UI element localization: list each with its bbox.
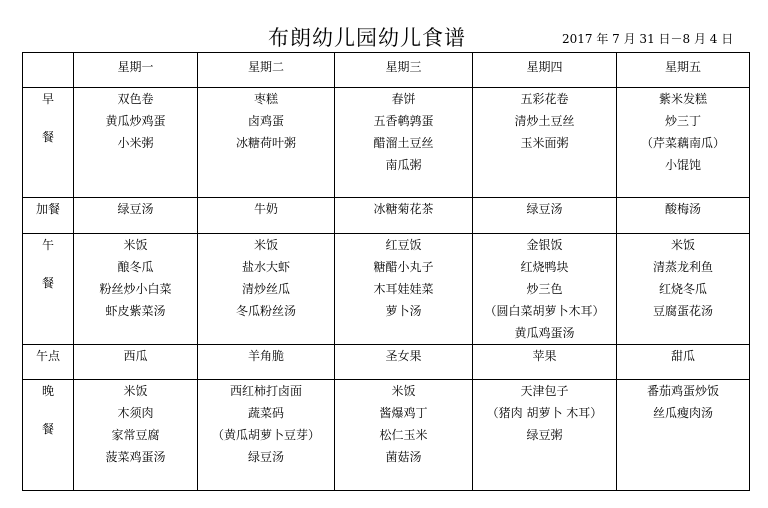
- dish: 豆腐蛋花汤: [617, 300, 749, 322]
- meal-label-breakfast: 早 餐: [23, 88, 74, 198]
- dish: 炒三丁: [617, 110, 749, 132]
- dish: 木须肉: [74, 402, 197, 424]
- dish: 紫米发糕: [617, 88, 749, 110]
- meal-label-lunch: 午 餐: [23, 234, 74, 345]
- dish: 金银饭: [473, 234, 616, 256]
- dish: 绿豆汤: [198, 446, 334, 468]
- day-header: 星期一: [74, 53, 198, 88]
- menu-cell: 绿豆汤: [473, 198, 617, 234]
- menu-cell: 西红柿打卤面 蔬菜码 （黄瓜胡萝卜豆芽） 绿豆汤: [198, 380, 335, 491]
- menu-cell: 西瓜: [74, 345, 198, 380]
- dish: 松仁玉米: [335, 424, 472, 446]
- dish: 番茄鸡蛋炒饭: [617, 380, 749, 402]
- dish: 双色卷: [74, 88, 197, 110]
- date-range: 2017 年 7 月 31 日－8 月 4 日: [562, 30, 733, 47]
- dish: 丝瓜瘦肉汤: [617, 402, 749, 424]
- dish: 黄瓜炒鸡蛋: [74, 110, 197, 132]
- dish: 米饭: [335, 380, 472, 402]
- meal-label-char: 早: [42, 88, 54, 110]
- dish: 黄瓜鸡蛋汤: [473, 322, 616, 344]
- menu-cell: 圣女果: [335, 345, 473, 380]
- lunch-row: 午 餐 米饭 酿冬瓜 粉丝炒小白菜 虾皮紫菜汤 米饭 盐水大虾 清炒丝瓜 冬瓜粉…: [23, 234, 750, 345]
- menu-cell: 紫米发糕 炒三丁 （芹菜藕南瓜） 小馄饨: [617, 88, 750, 198]
- dish: 家常豆腐: [74, 424, 197, 446]
- dish: 冰糖荷叶粥: [198, 132, 334, 154]
- dish: 西红柿打卤面: [198, 380, 334, 402]
- dish: 醋溜土豆丝: [335, 132, 472, 154]
- dish: 小米粥: [74, 132, 197, 154]
- menu-cell: 绿豆汤: [74, 198, 198, 234]
- meal-label-char: 餐: [42, 272, 54, 294]
- dish: 天津包子: [473, 380, 616, 402]
- day-header: 星期三: [335, 53, 473, 88]
- dish: （黄瓜胡萝卜豆芽）: [198, 424, 334, 446]
- dish: 春饼: [335, 88, 472, 110]
- menu-table: 星期一 星期二 星期三 星期四 星期五 早 餐 双色卷 黄瓜炒鸡蛋 小米粥 枣糕…: [22, 52, 750, 491]
- menu-cell: 春饼 五香鹌鹑蛋 醋溜土豆丝 南瓜粥: [335, 88, 473, 198]
- day-header: 星期五: [617, 53, 750, 88]
- day-header: 星期四: [473, 53, 617, 88]
- dish: 南瓜粥: [335, 154, 472, 176]
- dish: 卤鸡蛋: [198, 110, 334, 132]
- dish: （芹菜藕南瓜）: [617, 132, 749, 154]
- dish: 红烧冬瓜: [617, 278, 749, 300]
- dish: 清蒸龙利鱼: [617, 256, 749, 278]
- dish: 木耳娃娃菜: [335, 278, 472, 300]
- menu-cell: 苹果: [473, 345, 617, 380]
- menu-cell: 甜瓜: [617, 345, 750, 380]
- header-row: 星期一 星期二 星期三 星期四 星期五: [23, 53, 750, 88]
- dish: 糖醋小丸子: [335, 256, 472, 278]
- dish: 酿冬瓜: [74, 256, 197, 278]
- meal-label-char: 餐: [42, 418, 54, 440]
- dish: 盐水大虾: [198, 256, 334, 278]
- dish: 清炒土豆丝: [473, 110, 616, 132]
- meal-label-dinner: 晚 餐: [23, 380, 74, 491]
- menu-cell: 红豆饭 糖醋小丸子 木耳娃娃菜 萝卜汤: [335, 234, 473, 345]
- dish: 米饭: [74, 380, 197, 402]
- dish: 酱爆鸡丁: [335, 402, 472, 424]
- meal-label-char: 午: [42, 234, 54, 256]
- snack-pm-row: 午点 西瓜 羊角脆 圣女果 苹果 甜瓜: [23, 345, 750, 380]
- menu-cell: 五彩花卷 清炒土豆丝 玉米面粥: [473, 88, 617, 198]
- menu-cell: 酸梅汤: [617, 198, 750, 234]
- dish: 米饭: [198, 234, 334, 256]
- dish: 米饭: [74, 234, 197, 256]
- menu-cell: 天津包子 （猪肉 胡萝卜 木耳） 绿豆粥: [473, 380, 617, 491]
- dish: 玉米面粥: [473, 132, 616, 154]
- corner-cell: [23, 53, 74, 88]
- dish: 菠菜鸡蛋汤: [74, 446, 197, 468]
- menu-cell: 金银饭 红烧鸭块 炒三色 （圆白菜胡萝卜木耳） 黄瓜鸡蛋汤: [473, 234, 617, 345]
- menu-cell: 羊角脆: [198, 345, 335, 380]
- dish: 五香鹌鹑蛋: [335, 110, 472, 132]
- dish: 萝卜汤: [335, 300, 472, 322]
- menu-cell: 米饭 清蒸龙利鱼 红烧冬瓜 豆腐蛋花汤: [617, 234, 750, 345]
- dish: 五彩花卷: [473, 88, 616, 110]
- dish: 虾皮紫菜汤: [74, 300, 197, 322]
- menu-cell: 枣糕 卤鸡蛋 冰糖荷叶粥: [198, 88, 335, 198]
- dish: 蔬菜码: [198, 402, 334, 424]
- meal-label-snack-am: 加餐: [23, 198, 74, 234]
- dish: 炒三色: [473, 278, 616, 300]
- dish: 绿豆粥: [473, 424, 616, 446]
- dish: 小馄饨: [617, 154, 749, 176]
- dish: 枣糕: [198, 88, 334, 110]
- page-title: 布朗幼儿园幼儿食谱: [268, 22, 466, 52]
- meal-label-char: 餐: [42, 126, 54, 148]
- dish: （圆白菜胡萝卜木耳）: [473, 300, 616, 322]
- breakfast-row: 早 餐 双色卷 黄瓜炒鸡蛋 小米粥 枣糕 卤鸡蛋 冰糖荷叶粥 春饼 五香鹌鹑蛋 …: [23, 88, 750, 198]
- menu-cell: 米饭 木须肉 家常豆腐 菠菜鸡蛋汤: [74, 380, 198, 491]
- dish: 冬瓜粉丝汤: [198, 300, 334, 322]
- dish: 米饭: [617, 234, 749, 256]
- menu-cell: 米饭 酱爆鸡丁 松仁玉米 菌菇汤: [335, 380, 473, 491]
- meal-label-snack-pm: 午点: [23, 345, 74, 380]
- menu-cell: 番茄鸡蛋炒饭 丝瓜瘦肉汤: [617, 380, 750, 491]
- dish: 红豆饭: [335, 234, 472, 256]
- menu-cell: 牛奶: [198, 198, 335, 234]
- dish: 清炒丝瓜: [198, 278, 334, 300]
- snack-am-row: 加餐 绿豆汤 牛奶 冰糖菊花茶 绿豆汤 酸梅汤: [23, 198, 750, 234]
- dish: 红烧鸭块: [473, 256, 616, 278]
- menu-cell: 双色卷 黄瓜炒鸡蛋 小米粥: [74, 88, 198, 198]
- menu-cell: 冰糖菊花茶: [335, 198, 473, 234]
- menu-cell: 米饭 酿冬瓜 粉丝炒小白菜 虾皮紫菜汤: [74, 234, 198, 345]
- dish: 菌菇汤: [335, 446, 472, 468]
- dish: 粉丝炒小白菜: [74, 278, 197, 300]
- meal-label-char: 晚: [42, 380, 54, 402]
- dinner-row: 晚 餐 米饭 木须肉 家常豆腐 菠菜鸡蛋汤 西红柿打卤面 蔬菜码 （黄瓜胡萝卜豆…: [23, 380, 750, 491]
- day-header: 星期二: [198, 53, 335, 88]
- dish: （猪肉 胡萝卜 木耳）: [473, 402, 616, 424]
- menu-cell: 米饭 盐水大虾 清炒丝瓜 冬瓜粉丝汤: [198, 234, 335, 345]
